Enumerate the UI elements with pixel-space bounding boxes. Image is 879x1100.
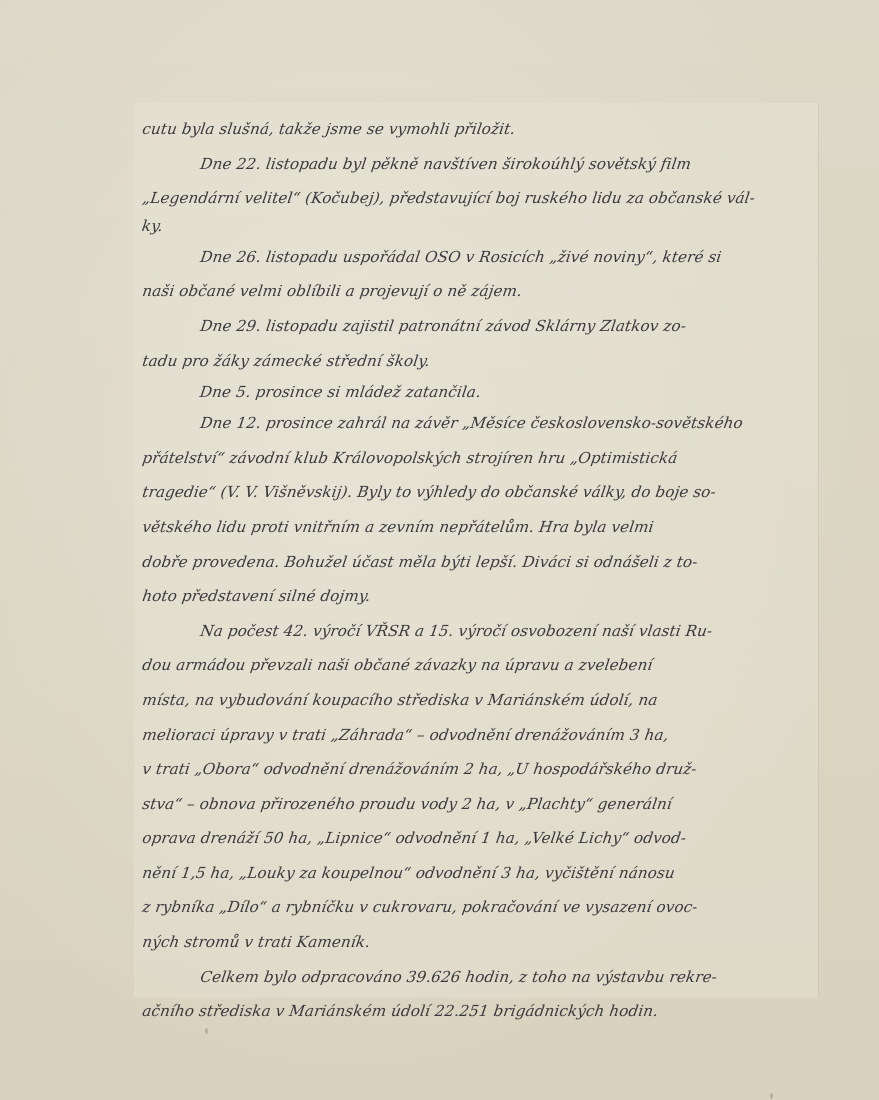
text-line-4: ky. [140,216,823,240]
handwritten-text-block: cutu byla slušná, takže jsme se vymohli … [140,112,820,1029]
text-line-25: ných stromů v trati Kameník. [140,925,825,960]
text-line-20: v trati „Obora“ odvodnění drenážováním 2… [140,752,825,787]
text-line-1: cutu byla slušná, takže jsme se vymohli … [140,112,825,147]
text-line-7: Dne 29. listopadu zajistil patronátní zá… [140,309,825,344]
paper-speck [770,1093,773,1099]
text-line-23: nění 1,5 ha, „Louky za koupelnou“ odvodn… [140,856,825,891]
text-line-26: Celkem bylo odpracováno 39.626 hodin, z … [140,960,825,995]
text-line-5: Dne 26. listopadu uspořádal OSO v Rosicí… [140,240,825,275]
text-line-8: tadu pro žáky zámecké střední školy. [140,344,825,379]
text-line-2: Dne 22. listopadu byl pěkně navštíven ši… [140,147,825,182]
text-line-18: místa, na vybudování koupacího střediska… [140,683,825,718]
text-line-21: stva“ – obnova přirozeného proudu vody 2… [140,787,825,822]
text-line-17: dou armádou převzali naši občané závazky… [140,648,825,683]
text-line-6: naši občané velmi oblíbili a projevují o… [140,274,825,309]
text-line-19: melioraci úpravy v trati „Záhrada“ – odv… [140,718,825,753]
text-line-13: větského lidu proti vnitřním a zevním ne… [140,510,825,545]
text-line-15: hoto představení silné dojmy. [140,579,825,614]
text-line-14: dobře provedena. Bohužel účast měla býti… [140,545,825,580]
text-line-24: z rybníka „Dílo“ a rybníčku v cukrovaru,… [140,890,825,925]
text-line-3: „Legendární velitel“ (Kočubej), představ… [140,181,825,216]
text-line-11: přátelství“ závodní klub Královopolských… [140,441,825,476]
text-line-9: Dne 5. prosince si mládež zatančila. [140,378,824,406]
text-line-10: Dne 12. prosince zahrál na závěr „Měsíce… [140,406,825,441]
text-line-22: oprava drenáží 50 ha, „Lipnice“ odvodněn… [140,821,825,856]
paper-speck [205,1028,208,1034]
text-line-16: Na počest 42. výročí VŘSR a 15. výročí o… [140,614,825,649]
text-line-12: tragedie“ (V. V. Višněvskij). Byly to vý… [140,475,825,510]
text-line-27: ačního střediska v Mariánském údolí 22.2… [140,994,825,1029]
